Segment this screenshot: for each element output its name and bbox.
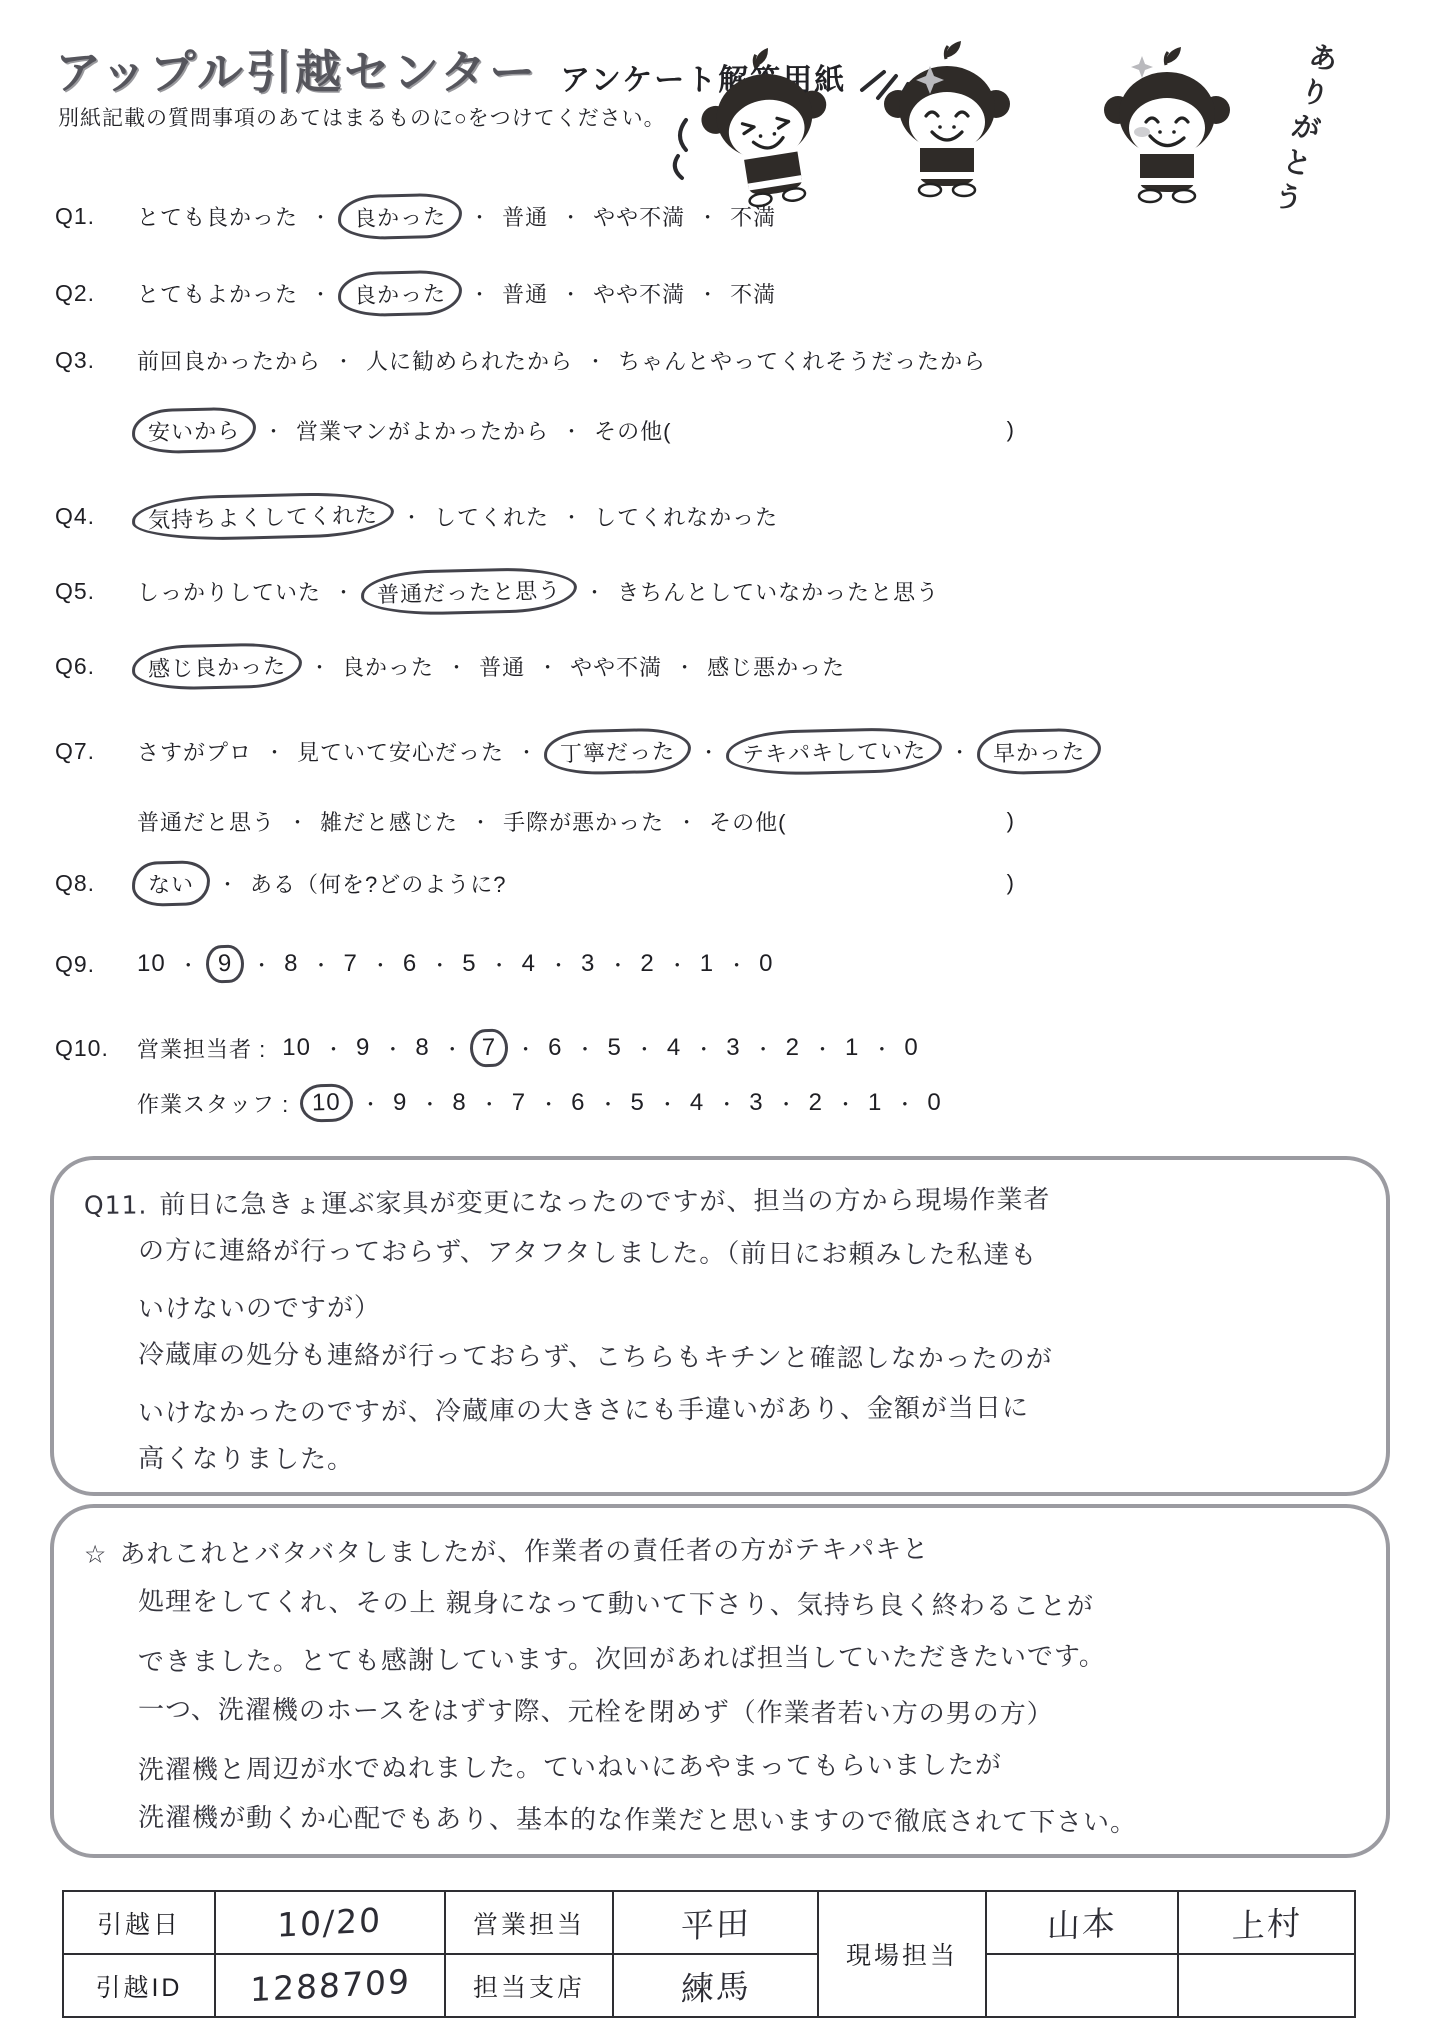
option[interactable]: 0 <box>927 1089 941 1117</box>
option[interactable]: 感じ悪かった <box>707 651 845 682</box>
option[interactable]: きちんとしていなかったと思う <box>617 576 939 607</box>
option-separator: ・ <box>361 1090 380 1117</box>
option-separator: ・ <box>265 738 284 765</box>
option-separator: ・ <box>471 808 490 835</box>
option[interactable]: 7 <box>343 950 357 978</box>
options-row: 安いから・営業マンがよかったから・その他() <box>137 410 1015 450</box>
option[interactable]: 普通 <box>479 651 525 682</box>
handwritten-text: 前日に急きょ運ぶ家具が変更になったのですが、担当の方から現場作業者 <box>159 1185 1050 1220</box>
handwritten-line: 処理をしてくれ、その上 親身になって動いて下さり、気持ち良く終わることが <box>84 1575 1360 1636</box>
question-number: Q10. <box>55 1028 137 1062</box>
question-q7: Q7. さすがプロ・見ていて安心だった・丁寧だった・テキパキしていた・早かった … <box>55 731 1096 841</box>
monkey-happy-icon <box>1104 47 1230 202</box>
option-separator: ・ <box>694 1035 713 1062</box>
option-separator: ・ <box>447 653 466 680</box>
rating-scale-row: 作業スタッフ :10・9・8・7・6・5・4・3・2・1・0 <box>137 1083 942 1123</box>
comment-box-star[interactable]: ☆あれこれとバタバタしましたが、作業者の責任者の方がテキパキと処理をしてくれ、そ… <box>50 1504 1390 1858</box>
option-separator: ・ <box>699 738 718 765</box>
question-q2: Q2. とてもよかった・良かった・普通・やや不満・不満 <box>55 273 776 313</box>
monkey-mascots-illustration <box>672 28 1292 218</box>
option-separator: ・ <box>549 951 568 978</box>
option[interactable]: さすがプロ <box>137 736 252 767</box>
option-separator: ・ <box>677 808 696 835</box>
question-q10: Q10. 営業担当者 :10・9・8・7・6・5・4・3・2・1・0 作業スタッ… <box>55 1028 942 1123</box>
handwritten-text: 冷蔵庫の処分も連絡が行っておらず、こちらもキチンと確認しなかったのが <box>138 1340 1053 1375</box>
monkey-bowing-icon <box>692 40 841 213</box>
option[interactable]: 3 <box>581 950 595 978</box>
option-separator: ・ <box>334 347 353 374</box>
handwritten-line: できました。とても感謝しています。次回があれば担当していただきたいです。 <box>84 1628 1360 1690</box>
option[interactable]: 見ていて安心だった <box>297 736 504 767</box>
options-row: 普通だと思う・雑だと感じた・手際が悪かった・その他() <box>137 801 1015 841</box>
question-number: Q9. <box>55 944 137 978</box>
move-date-value: 10/20 <box>215 1891 445 1954</box>
question-number: Q5. <box>55 571 137 605</box>
option-separator: ・ <box>895 1090 914 1117</box>
question-q5: Q5. しっかりしていた・普通だったと思う・きちんとしていなかったと思う <box>55 571 939 611</box>
option-separator: ・ <box>383 1035 402 1062</box>
handwritten-line: ☆あれこれとバタバタしましたが、作業者の責任者の方がテキパキと <box>84 1520 1360 1582</box>
handwritten-text: 洗濯機と周辺が水でぬれました。ていねいにあやまってもらいましたが <box>138 1750 1002 1785</box>
option[interactable]: 4 <box>522 950 536 978</box>
option[interactable]: 不満 <box>730 201 776 232</box>
option[interactable]: 営業マンがよかったから <box>296 415 549 446</box>
option-circled[interactable]: 普通だったと思う <box>361 566 578 616</box>
footer-info-table: 引越日 10/20 営業担当 平田 現場担当 山本 上村 引越ID 128870… <box>62 1890 1356 2018</box>
option-separator: ・ <box>777 1090 796 1117</box>
option-separator: ・ <box>754 1035 773 1062</box>
option[interactable]: 1 <box>700 950 714 978</box>
handwritten-line: 洗濯機が動くか心配でもあり、基本的な作業だと思いますので徹底されて下さい。 <box>84 1791 1360 1852</box>
site-staff-2-empty <box>1178 1954 1355 2017</box>
handwritten-text: 処理をしてくれ、その上 親身になって動いて下さり、気持ち良く終わることが <box>138 1587 1094 1622</box>
sales-rep-value: 平田 <box>613 1891 818 1954</box>
option-separator: ・ <box>538 653 557 680</box>
option-separator: ・ <box>420 1090 439 1117</box>
option[interactable]: 2 <box>640 950 654 978</box>
site-staff-2-value: 上村 <box>1178 1891 1355 1954</box>
option[interactable]: 9 <box>356 1034 370 1062</box>
option[interactable]: ある（何を?どのように? <box>250 868 506 899</box>
site-staff-label: 現場担当 <box>818 1891 986 2017</box>
question-q9: Q9. 10・9・8・7・6・5・4・3・2・1・0 <box>55 944 773 984</box>
option[interactable]: やや不満 <box>593 201 685 232</box>
option-separator: ・ <box>950 738 969 765</box>
question-number: Q3. <box>55 340 137 374</box>
question-q3: Q3. 前回良かったから・人に勧められたから・ちゃんとやってくれそうだったから … <box>55 340 1015 450</box>
option-separator: ・ <box>561 203 580 230</box>
handwritten-text: いけなかったのですが、冷蔵庫の大きさにも手違いがあり、金額が当日に <box>138 1393 1029 1428</box>
option-separator: ・ <box>334 578 353 605</box>
option-separator: ・ <box>311 280 330 307</box>
option-separator: ・ <box>727 951 746 978</box>
option[interactable]: 普通 <box>502 278 548 309</box>
comment-box-q11[interactable]: Q11.前日に急きょ運ぶ家具が変更になったのですが、担当の方から現場作業者の方に… <box>50 1156 1390 1496</box>
option-separator: ・ <box>658 1090 677 1117</box>
option-circled[interactable]: 感じ良かった <box>131 641 302 690</box>
monkey-smiling-icon <box>884 41 1010 196</box>
handwritten-text: あれこれとバタバタしましたが、作業者の責任者の方がテキパキと <box>119 1535 929 1570</box>
option-separator: ・ <box>698 203 717 230</box>
option-separator: ・ <box>539 1090 558 1117</box>
handwritten-line: 洗濯機と周辺が水でぬれました。ていねいにあやまってもらいましたが <box>84 1736 1360 1798</box>
option[interactable]: 4 <box>667 1034 681 1062</box>
options-row: とてもよかった・良かった・普通・やや不満・不満 <box>137 273 776 313</box>
move-date-label: 引越日 <box>63 1891 215 1954</box>
handwritten-line: いけなかったのですが、冷蔵庫の大きさにも手違いがあり、金額が当日に <box>84 1380 1360 1440</box>
site-staff-1-value: 山本 <box>986 1891 1178 1954</box>
question-number: Q6. <box>55 646 137 680</box>
option-circled[interactable]: 7 <box>469 1029 508 1068</box>
option[interactable]: 不満 <box>730 278 776 309</box>
option-circled[interactable]: テキパキしていた <box>726 726 943 776</box>
option-separator: ・ <box>562 417 581 444</box>
handwritten-line: 一つ、洗濯機のホースをはずす際、元栓を閉めず（作業者若い方の男の方） <box>84 1683 1360 1744</box>
option-separator: ・ <box>310 653 329 680</box>
options-row: ない・ある（何を?どのように?) <box>137 863 1015 903</box>
option[interactable]: 2 <box>809 1089 823 1117</box>
option[interactable]: ) <box>1007 417 1015 443</box>
option-separator: ・ <box>698 280 717 307</box>
option-circled[interactable]: 丁寧だった <box>544 727 692 776</box>
option-separator: ・ <box>586 347 605 374</box>
question-number: Q2. <box>55 273 137 307</box>
option[interactable]: とてもよかった <box>137 278 298 309</box>
question-number: Q8. <box>55 863 137 897</box>
option-separator: ・ <box>585 578 604 605</box>
option[interactable]: 普通だと思う <box>137 806 275 837</box>
option[interactable]: してくれなかった <box>594 501 778 532</box>
option[interactable]: 5 <box>462 950 476 978</box>
handwritten-line: の方に連絡が行っておらず、アタフタしました。（前日にお頼みした私達も <box>84 1225 1360 1284</box>
option[interactable]: やや不満 <box>570 651 662 682</box>
question-q1: Q1. とても良かった・良かった・普通・やや不満・不満 <box>55 196 776 236</box>
options-row: 気持ちよくしてくれた・してくれた・してくれなかった <box>137 496 778 536</box>
handwritten-text: 洗濯機が動くか心配でもあり、基本的な作業だと思いますので徹底されて下さい。 <box>138 1803 1137 1838</box>
option-separator: ・ <box>598 1090 617 1117</box>
option[interactable]: 良かった <box>342 651 434 682</box>
options-row: さすがプロ・見ていて安心だった・丁寧だった・テキパキしていた・早かった <box>137 731 1096 771</box>
move-id-label: 引越ID <box>63 1954 215 2017</box>
option[interactable]: 1 <box>845 1034 859 1062</box>
option[interactable]: 6 <box>548 1034 562 1062</box>
option-separator: ・ <box>311 203 330 230</box>
option[interactable]: 8 <box>452 1089 466 1117</box>
handwritten-text: の方に連絡が行っておらず、アタフタしました。（前日にお頼みした私達も <box>138 1236 1037 1271</box>
option-separator: ・ <box>470 280 489 307</box>
comment-box-label: Q11. <box>84 1191 148 1220</box>
branch-value: 練馬 <box>613 1954 818 2017</box>
option[interactable]: 8 <box>284 950 298 978</box>
table-row: 引越日 10/20 営業担当 平田 現場担当 山本 上村 <box>63 1891 1355 1954</box>
option-separator: ・ <box>635 1035 654 1062</box>
option-separator: ・ <box>288 808 307 835</box>
question-q8: Q8. ない・ある（何を?どのように?) <box>55 863 1015 903</box>
option-group-label: 作業スタッフ : <box>137 1088 289 1119</box>
option[interactable]: とても良かった <box>137 201 298 232</box>
option-separator: ・ <box>443 1035 462 1062</box>
option-group-label: 営業担当者 : <box>137 1033 266 1064</box>
option-circled[interactable]: 早かった <box>977 727 1102 775</box>
option[interactable]: 7 <box>512 1089 526 1117</box>
option[interactable]: ) <box>1007 808 1015 834</box>
rating-scale-row: 営業担当者 :10・9・8・7・6・5・4・3・2・1・0 <box>137 1028 942 1068</box>
comment-box-label: ☆ <box>84 1540 108 1569</box>
table-row: 引越ID 1288709 担当支店 練馬 <box>63 1954 1355 2017</box>
option-separator: ・ <box>516 1035 535 1062</box>
question-number: Q1. <box>55 196 137 230</box>
handwritten-line: 高くなりました。 <box>84 1433 1360 1492</box>
option[interactable]: 5 <box>630 1089 644 1117</box>
option-separator: ・ <box>264 417 283 444</box>
option[interactable]: 雑だと感じた <box>320 806 458 837</box>
option-separator: ・ <box>179 951 198 978</box>
option[interactable]: 手際が悪かった <box>503 806 664 837</box>
option[interactable]: 4 <box>690 1089 704 1117</box>
option[interactable]: してくれた <box>434 501 549 532</box>
sales-rep-label: 営業担当 <box>445 1891 613 1954</box>
option-separator: ・ <box>608 951 627 978</box>
option-separator: ・ <box>575 1035 594 1062</box>
instruction-text: 別紙記載の質問事項のあてはまるものに○をつけてください。 <box>58 102 666 132</box>
handwritten-text: 高くなりました。 <box>138 1444 354 1475</box>
option-circled[interactable]: 気持ちよくしてくれた <box>131 490 394 541</box>
option-separator: ・ <box>470 203 489 230</box>
handwritten-line: いけないのですが） <box>84 1276 1360 1336</box>
option[interactable]: しっかりしていた <box>137 576 321 607</box>
option-separator: ・ <box>717 1090 736 1117</box>
option-separator: ・ <box>371 951 390 978</box>
option[interactable]: 9 <box>393 1089 407 1117</box>
motion-lines-icon <box>675 120 686 178</box>
options-row: 感じ良かった・良かった・普通・やや不満・感じ悪かった <box>137 646 845 686</box>
options-row: しっかりしていた・普通だったと思う・きちんとしていなかったと思う <box>137 571 939 611</box>
option[interactable]: 普通 <box>502 201 548 232</box>
survey-sheet: アップル引越センター アンケート解答用紙 別紙記載の質問事項のあてはまるものに○… <box>0 0 1433 2023</box>
option[interactable]: ) <box>1007 870 1015 896</box>
options-row: とても良かった・良かった・普通・やや不満・不満 <box>137 196 776 236</box>
option-separator: ・ <box>311 951 330 978</box>
option[interactable]: 5 <box>607 1034 621 1062</box>
option[interactable]: 前回良かったから <box>137 345 321 376</box>
option-separator: ・ <box>490 951 509 978</box>
option-circled[interactable]: ない <box>131 860 210 907</box>
option-circled[interactable]: 9 <box>205 945 244 984</box>
option[interactable]: 人に勧められたから <box>366 345 573 376</box>
question-number: Q4. <box>55 496 137 530</box>
option-separator: ・ <box>252 951 271 978</box>
option[interactable]: 6 <box>571 1089 585 1117</box>
option-circled[interactable]: 良かった <box>338 192 463 240</box>
option[interactable]: 2 <box>786 1034 800 1062</box>
option[interactable]: やや不満 <box>593 278 685 309</box>
branch-label: 担当支店 <box>445 1954 613 2017</box>
question-number: Q7. <box>55 731 137 765</box>
option[interactable]: 1 <box>868 1089 882 1117</box>
option-circled[interactable]: 10 <box>300 1083 354 1122</box>
option[interactable]: 3 <box>749 1089 763 1117</box>
option-separator: ・ <box>517 738 536 765</box>
option-circled[interactable]: 安いから <box>131 406 256 454</box>
handwritten-text: 一つ、洗濯機のホースをはずす際、元栓を閉めず（作業者若い方の男の方） <box>138 1695 1054 1730</box>
option-separator: ・ <box>813 1035 832 1062</box>
option-separator: ・ <box>561 280 580 307</box>
handwritten-line: Q11.前日に急きょ運ぶ家具が変更になったのですが、担当の方から現場作業者 <box>84 1172 1360 1232</box>
option-separator: ・ <box>402 503 421 530</box>
option[interactable]: 0 <box>904 1034 918 1062</box>
option-separator: ・ <box>668 951 687 978</box>
option-separator: ・ <box>324 1035 343 1062</box>
handwritten-line: 冷蔵庫の処分も連絡が行っておらず、こちらもキチンと確認しなかったのが <box>84 1329 1360 1388</box>
option[interactable]: 10 <box>137 950 166 978</box>
option-separator: ・ <box>218 870 237 897</box>
option[interactable]: 3 <box>726 1034 740 1062</box>
option-circled[interactable]: 良かった <box>338 269 463 317</box>
option[interactable]: 8 <box>415 1034 429 1062</box>
option-separator: ・ <box>872 1035 891 1062</box>
option[interactable]: 10 <box>282 1034 311 1062</box>
option[interactable]: その他( <box>594 415 671 446</box>
option-separator: ・ <box>562 503 581 530</box>
site-staff-1-empty <box>986 1954 1178 2017</box>
option[interactable]: ちゃんとやってくれそうだったから <box>618 345 986 376</box>
option[interactable]: 0 <box>759 950 773 978</box>
question-q6: Q6. 感じ良かった・良かった・普通・やや不満・感じ悪かった <box>55 646 845 686</box>
option-separator: ・ <box>836 1090 855 1117</box>
rating-scale-row: 10・9・8・7・6・5・4・3・2・1・0 <box>137 944 773 984</box>
handwritten-text: いけないのですが） <box>138 1293 381 1324</box>
handwritten-text: できました。とても感謝しています。次回があれば担当していただきたいです。 <box>138 1642 1106 1678</box>
option-separator: ・ <box>480 1090 499 1117</box>
options-row: 前回良かったから・人に勧められたから・ちゃんとやってくれそうだったから <box>137 340 1015 380</box>
option-separator: ・ <box>430 951 449 978</box>
option[interactable]: 6 <box>403 950 417 978</box>
question-q4: Q4. 気持ちよくしてくれた・してくれた・してくれなかった <box>55 496 778 536</box>
company-logo-text: アップル引越センター <box>55 36 538 102</box>
option[interactable]: その他( <box>709 806 786 837</box>
option-separator: ・ <box>675 653 694 680</box>
move-id-value: 1288709 <box>215 1954 445 2017</box>
